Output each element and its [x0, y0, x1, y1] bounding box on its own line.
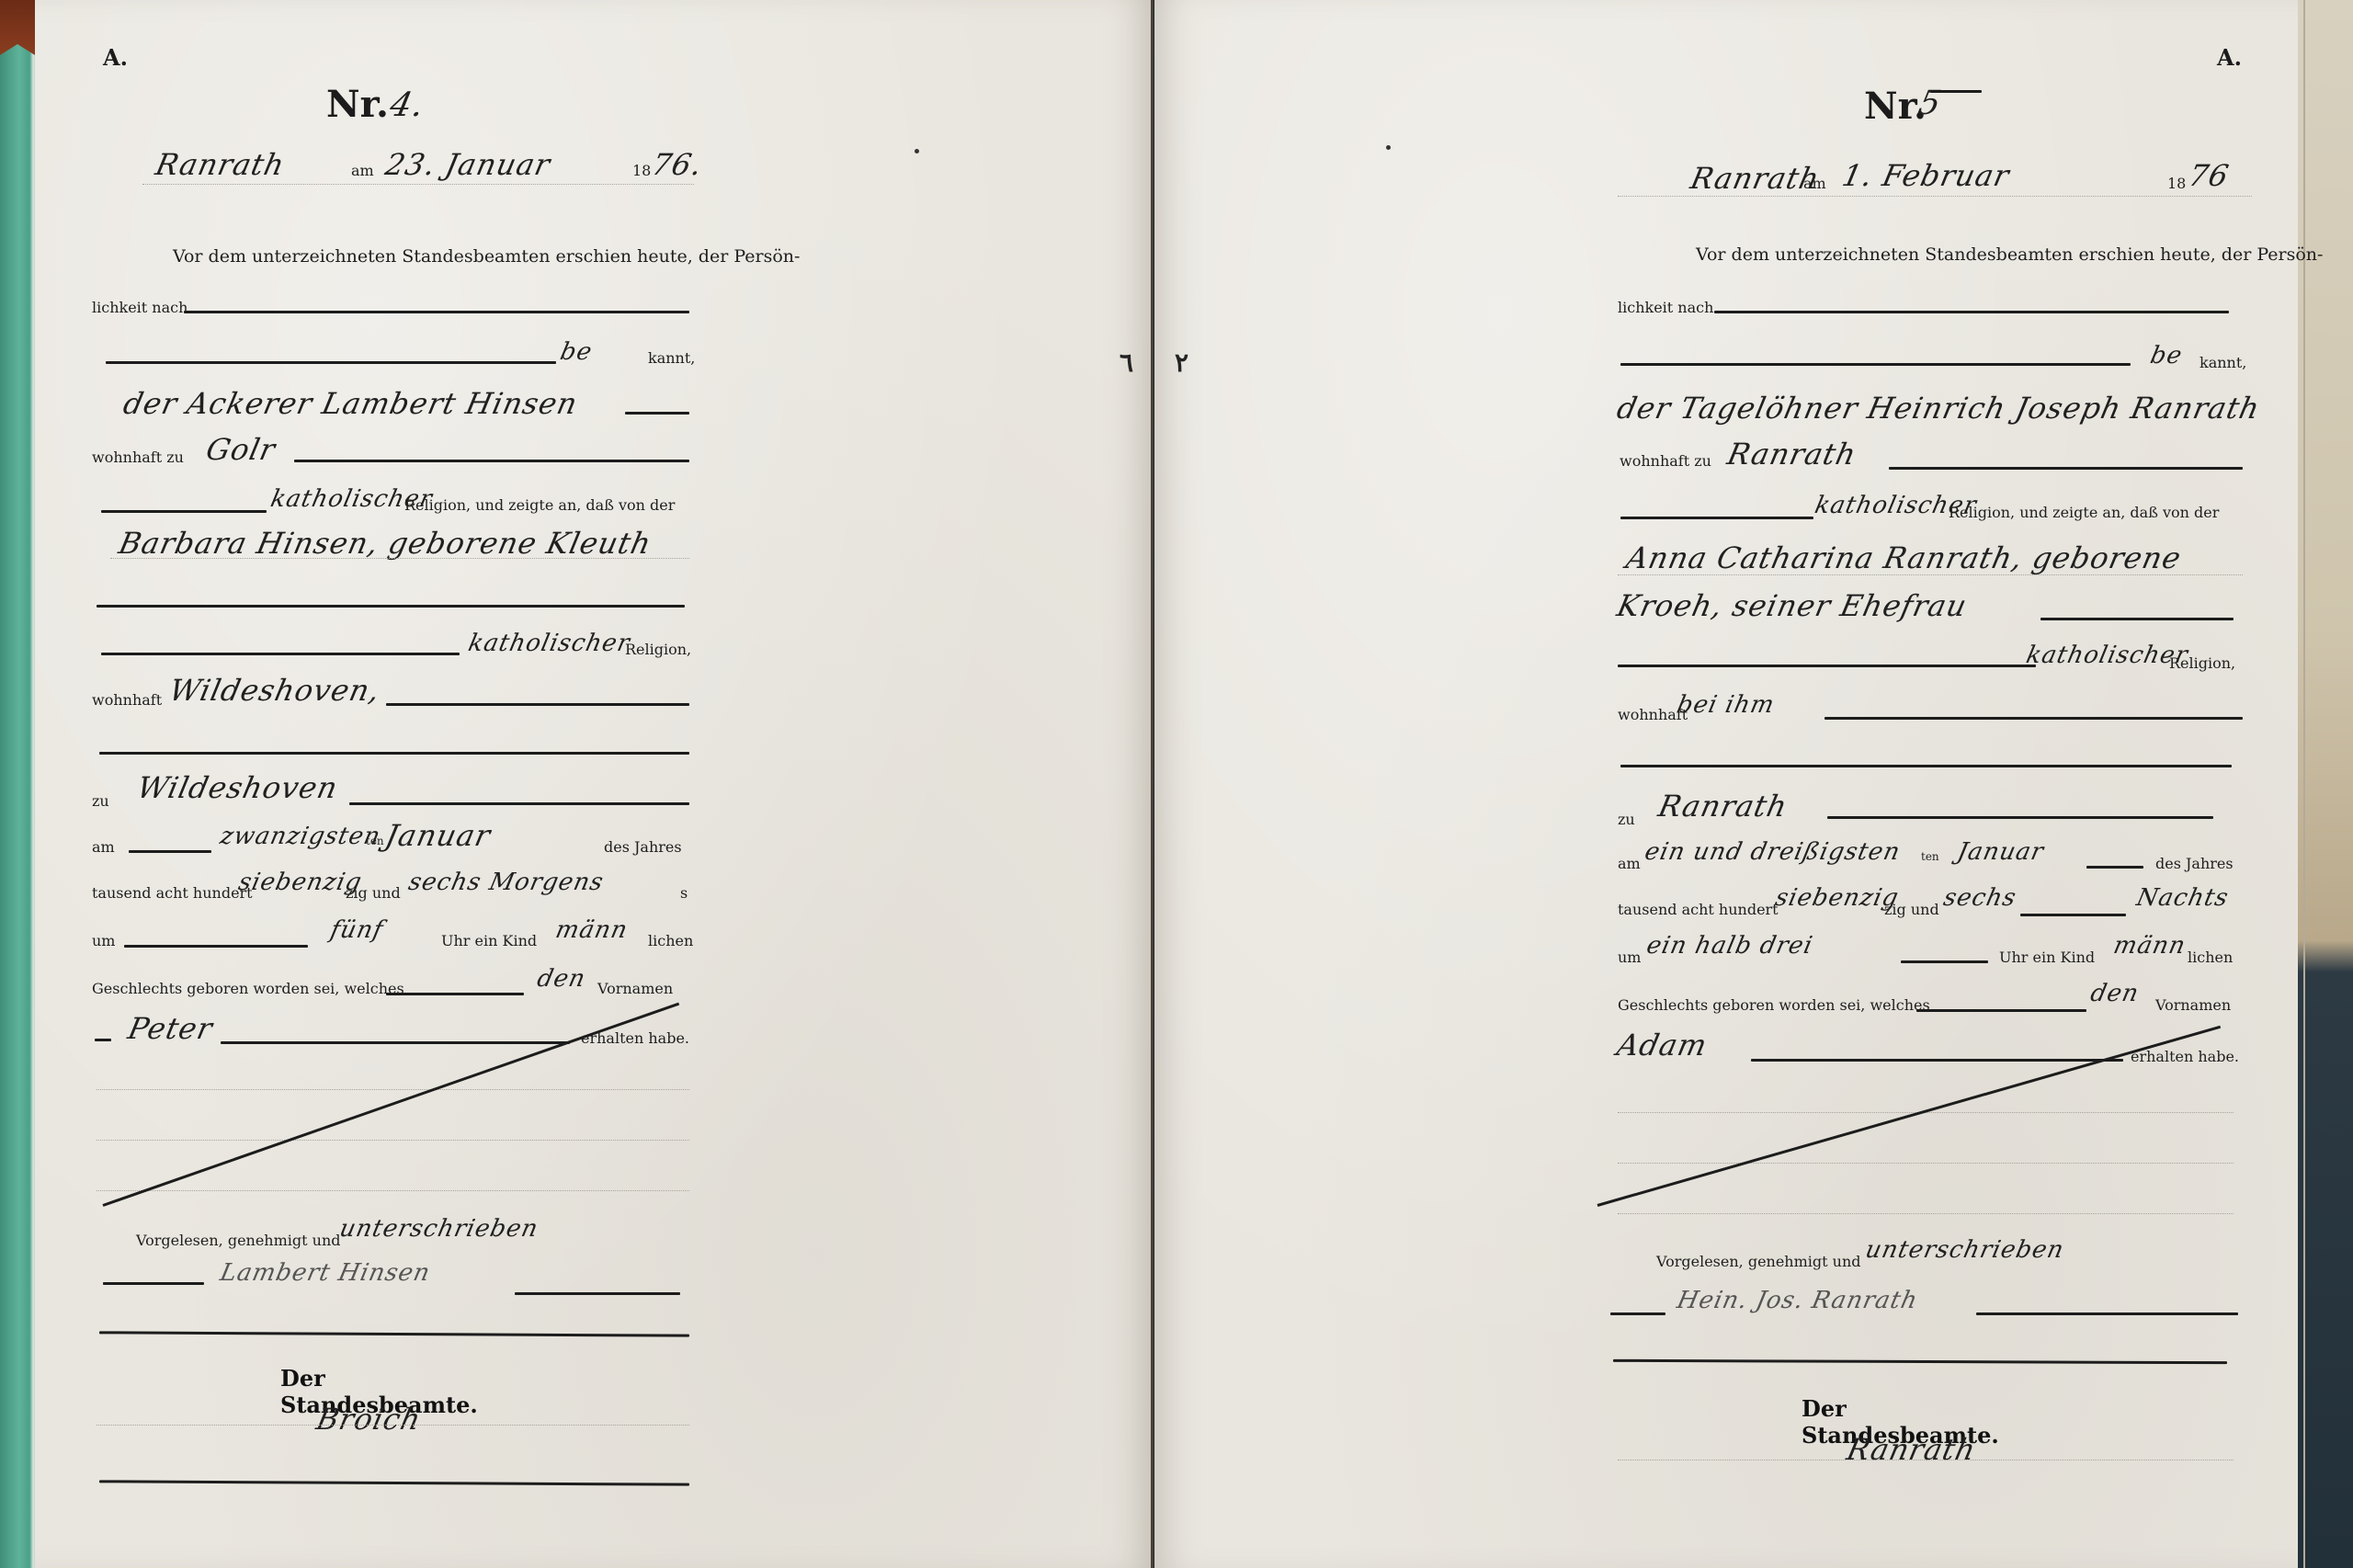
blank-rule — [95, 1039, 111, 1041]
blank-rule — [1620, 517, 1813, 519]
informant-signature: Lambert Hinsen — [218, 1259, 433, 1287]
blank-rule — [97, 605, 685, 608]
year-label: des Jahres — [2155, 855, 2234, 872]
blank-rule — [1751, 1059, 2123, 1062]
year-text: zig und — [1884, 901, 1939, 918]
known-written: be — [558, 338, 595, 366]
blank-rule — [184, 311, 689, 313]
blank-rule — [2020, 914, 2126, 916]
birth-month: Januar — [1955, 838, 2047, 866]
birth-day: zwanzigsten — [218, 823, 383, 850]
born-text: Geschlechts geboren worden sei, welches — [92, 980, 404, 997]
corner-label: A. — [103, 44, 128, 71]
blank-rule — [1901, 960, 1988, 963]
child-sex: männ — [553, 916, 631, 944]
corner-label: A. — [2217, 44, 2242, 71]
dotted-line — [97, 1425, 689, 1426]
known-written: be — [2148, 342, 2185, 369]
mother-maiden-name: Kroeh, seiner Ehefrau — [1614, 588, 1971, 623]
mother-name: Barbara Hinsen, geborene Kleuth — [116, 526, 654, 561]
date-prefix: am — [351, 162, 374, 179]
intro-continued: lichkeit nach — [1618, 299, 1713, 316]
page-edge-line — [2303, 0, 2305, 1568]
mother-name: Anna Catharina Ranrath, geborene — [1623, 540, 2185, 575]
dotted-line — [1618, 196, 2252, 197]
blank-rule — [1620, 363, 2131, 366]
blank-rule — [515, 1292, 680, 1295]
religion-text: Religion, und zeigte an, daß von der — [1949, 504, 2219, 521]
known-printed: kannt, — [648, 349, 695, 367]
registration-date: 23. Januar — [382, 147, 554, 182]
blank-rule — [1976, 1312, 2238, 1315]
intro-text: Vor dem unterzeichneten Standesbeamten e… — [1696, 244, 2323, 265]
approved-written: unterschrieben — [337, 1215, 541, 1243]
sex-text: lichen — [2188, 949, 2233, 966]
blank-rule — [99, 752, 689, 755]
year-text: tausend acht hundert — [1618, 901, 1779, 918]
dotted-line — [1618, 1460, 2234, 1460]
dotted-line — [110, 558, 689, 559]
binding-corner — [0, 0, 35, 55]
mother-residence: Wildeshoven, — [166, 673, 383, 708]
ink-speck — [915, 149, 919, 153]
year-text: s — [680, 884, 688, 902]
year-text: zig und — [346, 884, 401, 902]
blank-rule — [101, 510, 267, 513]
blank-rule — [221, 1041, 570, 1044]
spine-mark-right: ٢ — [1175, 347, 1188, 378]
blank-rule — [101, 653, 460, 655]
time-label: um — [92, 932, 115, 949]
blank-rule — [124, 945, 308, 948]
birth-day-label: am — [92, 838, 115, 856]
birth-time: ein halb drei — [1644, 932, 1815, 960]
dotted-line — [97, 1089, 689, 1090]
dotted-line — [1618, 574, 2243, 575]
dotted-line — [1618, 1213, 2234, 1214]
name-article: den — [2088, 980, 2142, 1007]
date-prefix: am — [1803, 175, 1826, 192]
blank-rule — [1824, 717, 2243, 720]
birthplace: Ranrath — [1655, 789, 1790, 824]
blank-rule — [625, 412, 689, 415]
dotted-line — [1618, 1163, 2234, 1164]
year-printed: 18 — [632, 162, 651, 179]
blank-rule — [349, 802, 689, 805]
informant-residence: Ranrath — [1724, 437, 1859, 472]
birth-time: fünf — [328, 916, 386, 944]
given-name: Adam — [1614, 1028, 1711, 1062]
birthplace-label: zu — [1618, 811, 1635, 828]
year-text: tausend acht hundert — [92, 884, 253, 902]
birth-year-decade: siebenzig — [1773, 884, 1902, 912]
given-name: Peter — [125, 1011, 216, 1046]
blank-rule — [103, 1282, 204, 1285]
approved-text: Vorgelesen, genehmigt und — [1656, 1253, 1861, 1270]
religion-text: Religion, — [625, 641, 691, 658]
book-spine — [1151, 0, 1154, 1568]
number-stroke — [1930, 90, 1982, 93]
known-printed: kannt, — [2200, 354, 2246, 371]
blank-rule — [1618, 665, 2036, 667]
registration-date: 1. Februar — [1839, 158, 2013, 193]
time-text: Uhr ein Kind — [1999, 949, 2095, 966]
birth-month: Januar — [382, 818, 494, 853]
child-sex: männ — [2111, 932, 2188, 960]
year-written: 76. — [649, 147, 706, 182]
mother-residence: bei ihm — [1675, 691, 1778, 719]
blank-rule — [129, 850, 211, 853]
residence-label: wohnhaft — [92, 691, 162, 709]
blank-rule — [386, 703, 689, 706]
spine-mark-left: ٦ — [1120, 347, 1133, 378]
blank-rule — [2086, 866, 2143, 869]
book-binding-strip — [0, 0, 35, 1568]
blank-rule — [294, 460, 689, 462]
right-page — [1154, 0, 2303, 1568]
time-text: Uhr ein Kind — [441, 932, 537, 949]
year-written: 76 — [2186, 158, 2233, 193]
sex-text: lichen — [648, 932, 693, 949]
dotted-line — [142, 184, 694, 185]
religion-text: Religion, — [2169, 654, 2235, 672]
informant-signature: Hein. Jos. Ranrath — [1675, 1287, 1921, 1314]
informant-name: der Tagelöhner Heinrich Joseph Ranrath — [1614, 391, 2263, 426]
birth-year-unit: sechs — [1941, 884, 2019, 912]
informant-residence: Golr — [203, 432, 278, 467]
registrar-signature: Ranrath — [1844, 1432, 1979, 1467]
record-number-label: Nr. — [326, 83, 389, 126]
received-text: erhalten habe. — [2131, 1048, 2239, 1065]
blank-rule — [1620, 765, 2232, 767]
residence-label: wohnhaft zu — [92, 449, 184, 466]
birth-time-of-day: Nachts — [2134, 884, 2232, 912]
birthplace: Wildeshoven — [134, 770, 341, 805]
blank-rule — [1889, 467, 2243, 470]
birth-day: ein und dreißigsten — [1643, 838, 1904, 866]
day-suffix: ten — [1921, 850, 1939, 863]
intro-text: Vor dem unterzeichneten Standesbeamten e… — [173, 246, 800, 267]
given-name-label: Vornamen — [2155, 996, 2231, 1014]
dotted-line — [97, 1190, 689, 1191]
torn-page-edge — [2298, 0, 2353, 1568]
blank-rule — [2040, 618, 2234, 620]
blank-rule — [386, 993, 524, 995]
birth-year-unit: sechs Morgens — [406, 869, 607, 896]
year-printed: 18 — [2167, 175, 2186, 192]
year-label: des Jahres — [604, 838, 682, 856]
given-name-label: Vornamen — [597, 980, 673, 997]
dotted-line — [97, 1140, 689, 1141]
intro-continued: lichkeit nach — [92, 299, 188, 316]
registrar-signature: Broich — [313, 1402, 425, 1437]
ink-speck — [1386, 145, 1391, 150]
day-suffix: ten — [366, 835, 384, 847]
mother-religion: katholischer — [466, 630, 633, 657]
religion-text: Religion, und zeigte an, daß von der — [404, 496, 675, 514]
mother-religion: katholischer — [2024, 642, 2191, 669]
approved-written: unterschrieben — [1863, 1236, 2067, 1264]
blank-rule — [1610, 1312, 1665, 1315]
blank-rule — [1827, 816, 2213, 819]
blank-rule — [106, 361, 556, 364]
blank-rule — [1714, 311, 2229, 313]
residence-label: wohnhaft zu — [1620, 452, 1711, 470]
born-text: Geschlechts geboren worden sei, welches — [1618, 996, 1930, 1014]
birth-day-label: am — [1618, 855, 1641, 872]
birthplace-label: zu — [92, 792, 109, 810]
blank-rule — [1916, 1009, 2086, 1012]
informant-name: der Ackerer Lambert Hinsen — [120, 386, 581, 421]
place: Ranrath — [153, 147, 288, 182]
approved-text: Vorgelesen, genehmigt und — [136, 1232, 341, 1249]
name-article: den — [535, 965, 588, 993]
time-label: um — [1618, 949, 1641, 966]
